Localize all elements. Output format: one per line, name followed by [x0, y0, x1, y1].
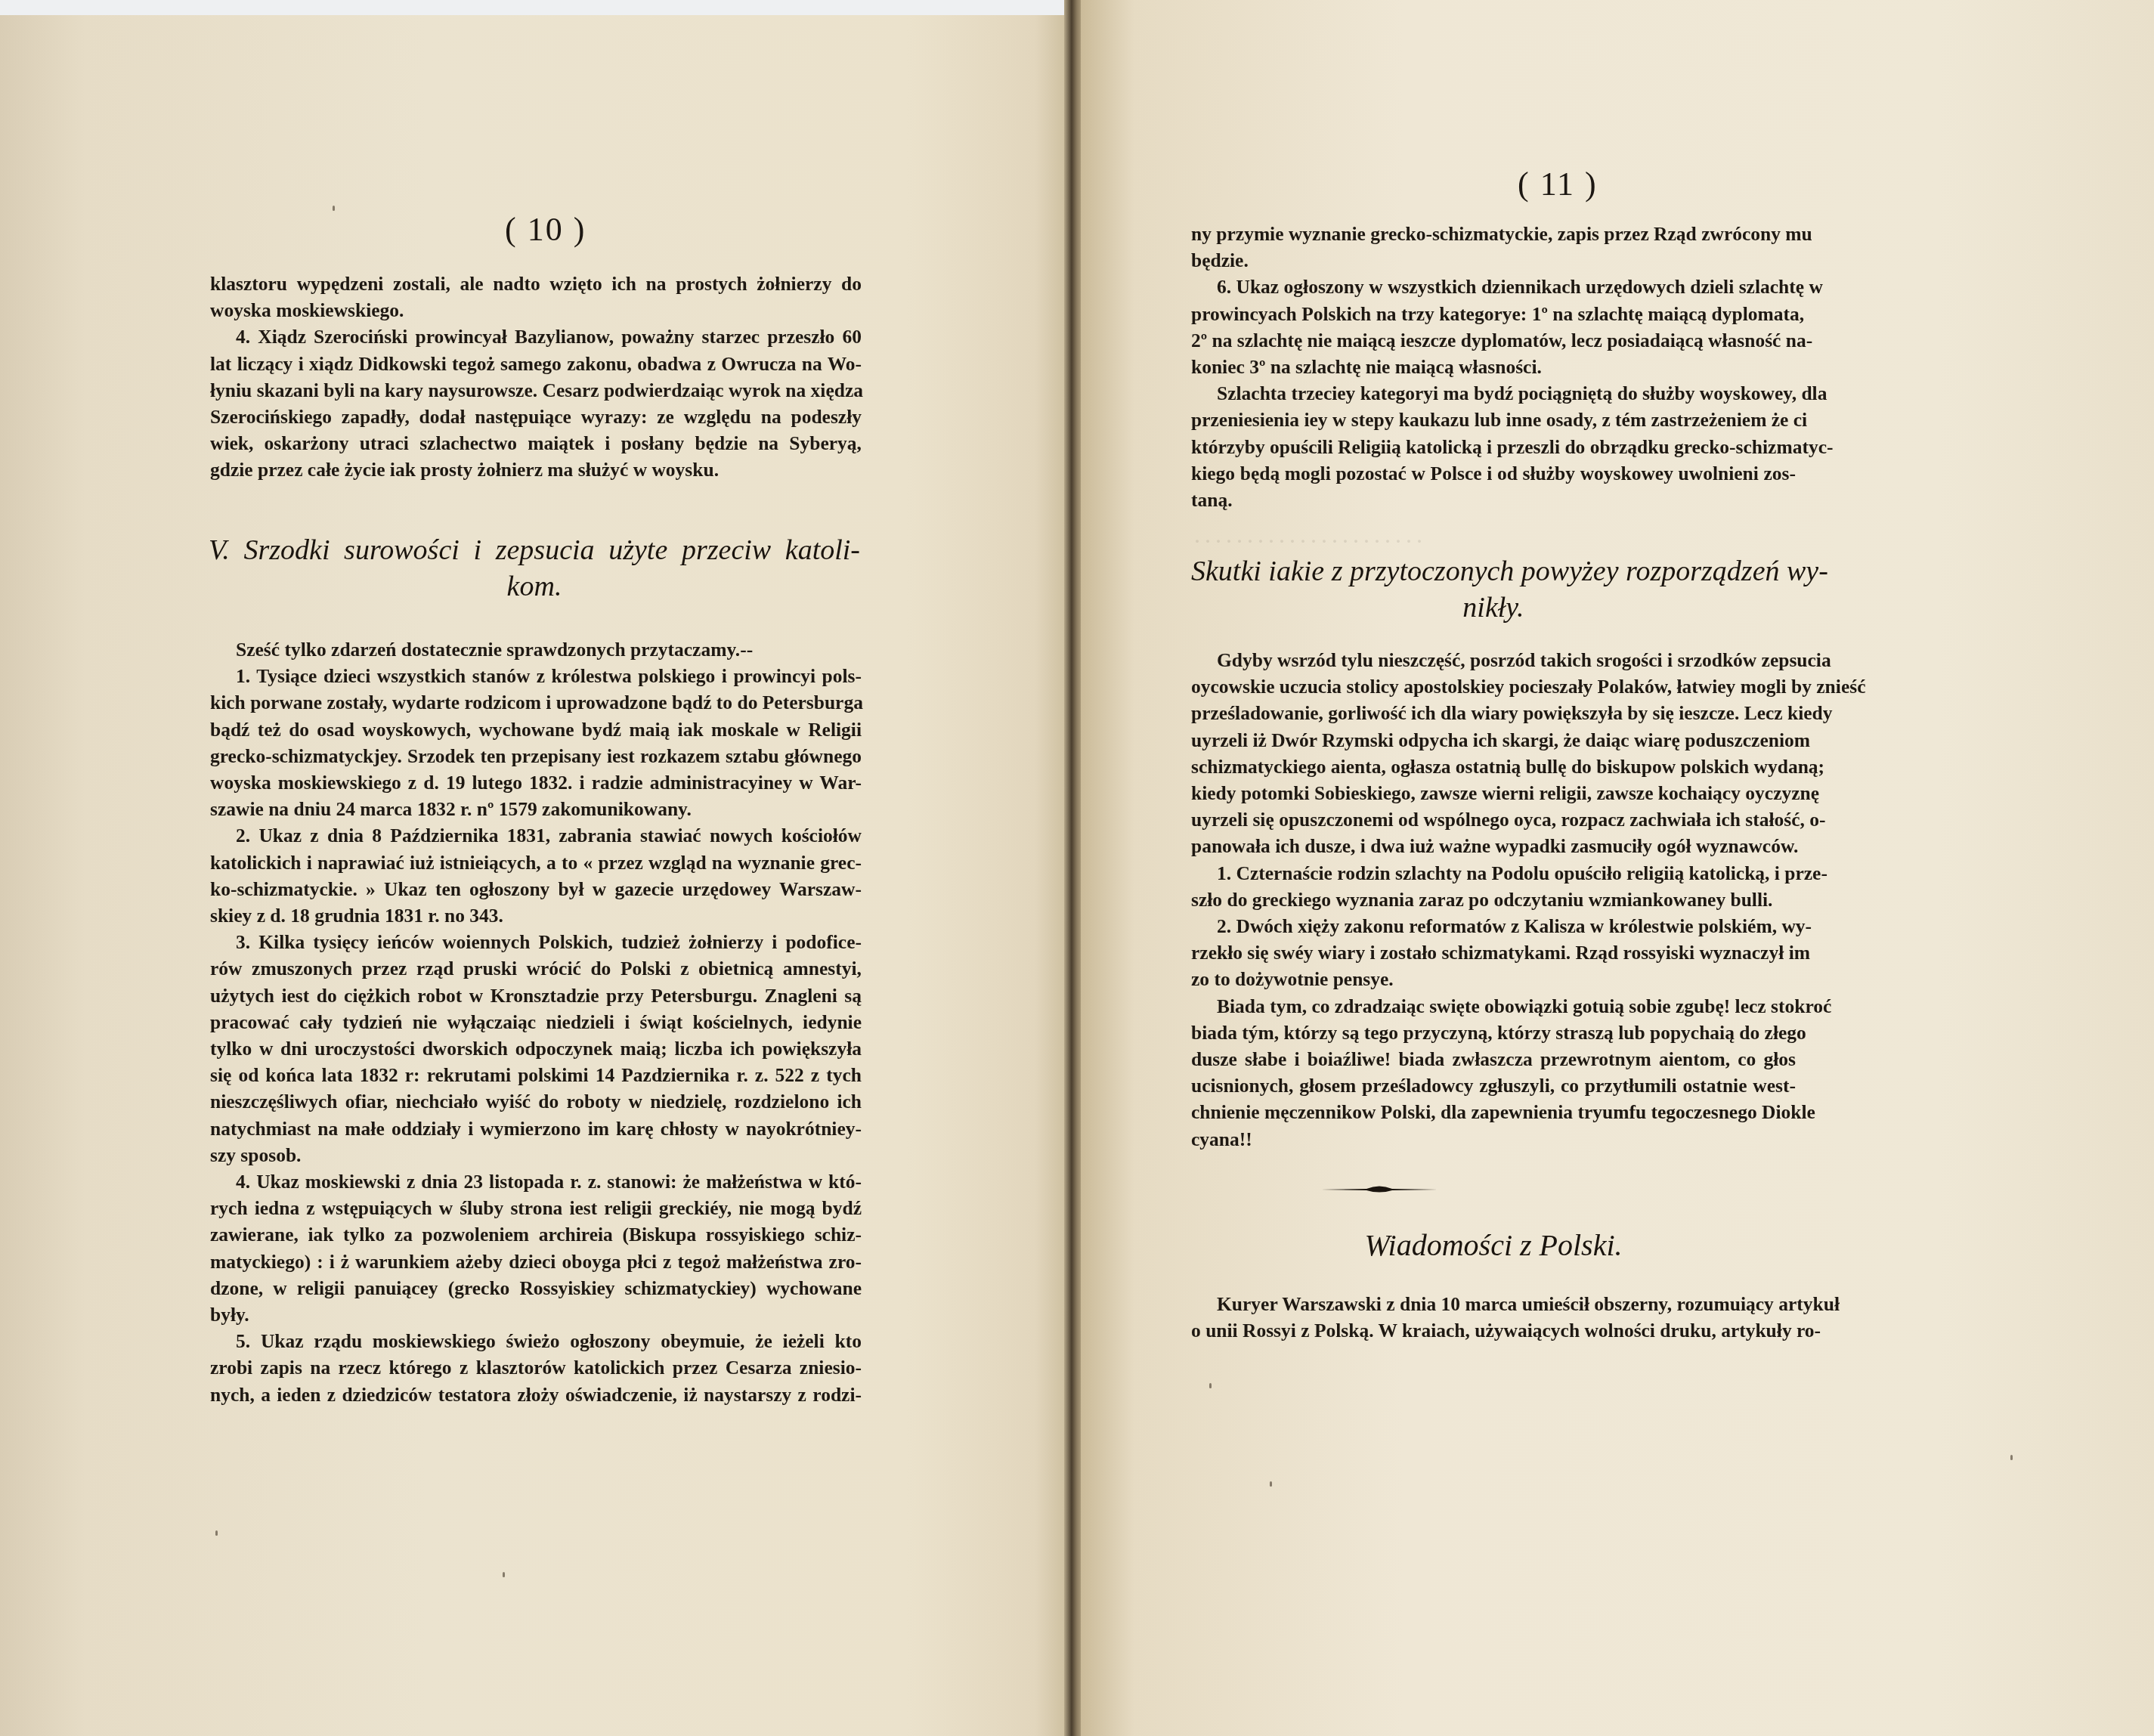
text-line: cyana!! — [1191, 1126, 1796, 1153]
text-line: będzie. — [1191, 247, 1796, 274]
book-spread: ( 10 ) klasztoru wypędzeni zostali, ale … — [0, 0, 2154, 1736]
text-line: grecko-schizmatyckjey. Srzodek ten przep… — [210, 743, 862, 769]
text-line: koniec 3º na szlachtę nie maiącą własnoś… — [1191, 354, 1796, 380]
text-line: 4. Ukaz moskiewski z dnia 23 listopada r… — [210, 1168, 862, 1195]
text-line: matyckiego) : i ż warunkiem ażeby dzieci… — [210, 1249, 862, 1275]
text-line: gdzie przez całe życie iak prosty żołnie… — [210, 456, 862, 483]
text-line: 4. Xiądz Szerociński prowincyał Bazylian… — [210, 323, 862, 350]
page-number: ( 10 ) — [505, 210, 586, 249]
text-line: Szlachta trzeciey kategoryi ma bydź poci… — [1191, 380, 1796, 407]
paper-speck — [1270, 1481, 1272, 1487]
text-line: o unii Rossyi z Polską. W kraiach, używa… — [1191, 1317, 1796, 1344]
text-line: zo to dożywotnie pensye. — [1191, 966, 1796, 992]
heading-line: nikły. — [1191, 589, 1796, 626]
text-line: którzyby opuścili Religiią katolicką i p… — [1191, 434, 1796, 460]
paper-speck — [333, 206, 335, 211]
text-line: tylko w dni uroczystości dworskich odpoc… — [210, 1035, 862, 1062]
text-line: szy sposob. — [210, 1142, 862, 1168]
text-line: lat liczący i xiądz Didkowski tegoż same… — [210, 351, 862, 377]
text-line: oycowskie uczucia stolicy apostolskiey p… — [1191, 673, 1796, 700]
text-line: panowała ich dusze, i dwa iuż ważne wypa… — [1191, 833, 1796, 859]
page-number: ( 11 ) — [1518, 165, 1598, 203]
text-line: 5. Ukaz rządu moskiewskiego świeżo ogłos… — [210, 1328, 862, 1354]
left-section-text: Sześć tylko zdarzeń dostatecznie sprawdz… — [210, 636, 862, 1408]
text-line: ko-schizmatyckie. » Ukaz ten ogłoszony b… — [210, 876, 862, 902]
text-line: kiego będą mogli pozostać w Polsce i od … — [1191, 460, 1796, 487]
text-line: kiedy potomki Sobieskiego, zawsze wierni… — [1191, 780, 1796, 806]
text-line: skiey z d. 18 grudnia 1831 r. no 343. — [210, 902, 862, 929]
text-line: Szerocińskiego zapadły, dodał następuiąc… — [210, 404, 862, 430]
left-opening-text: klasztoru wypędzeni zostali, ale nadto w… — [210, 271, 862, 484]
text-line: dusze słabe i boiaźliwe! biada zwłaszcza… — [1191, 1046, 1796, 1072]
text-line: Kuryer Warszawski z dnia 10 marca umieśc… — [1191, 1291, 1796, 1317]
text-line: Gdyby wsrzód tylu nieszczęść, posrzód ta… — [1191, 647, 1796, 673]
text-line: chnienie męczennikow Polski, dla zapewni… — [1191, 1099, 1796, 1125]
text-line: uyrzeli iż Dwór Rzymski odpycha ich skar… — [1191, 727, 1796, 754]
text-line: taną. — [1191, 487, 1796, 513]
text-line: rzekło się swéy wiary i zostało schizmat… — [1191, 939, 1796, 966]
text-line: ucisnionych, głosem prześladowcy zgłuszy… — [1191, 1072, 1796, 1099]
text-line: 2º na szlachtę nie maiącą ieszcze dyplom… — [1191, 327, 1796, 354]
text-line: bądź też do osad woyskowych, wychowane b… — [210, 716, 862, 743]
show-through-text: · · · · · · · · · · · · · · · · · · · · … — [1194, 529, 1422, 555]
right-page: ( 11 ) ny przymie wyznanie grecko-schizm… — [1081, 0, 2154, 1736]
text-line: 2. Dwóch xięży zakonu reformatów z Kalis… — [1191, 913, 1796, 939]
text-line: Biada tym, co zdradzaiąc swięte obowiązk… — [1191, 993, 1796, 1020]
news-heading: Wiadomości z Polski. — [1191, 1227, 1796, 1264]
text-line: nych, a ieden z dziedziców testatora zło… — [210, 1382, 862, 1408]
text-line: kich porwane zostały, wydarte rodzicom i… — [210, 689, 862, 716]
paper-speck — [215, 1530, 218, 1536]
text-line: Sześć tylko zdarzeń dostatecznie sprawdz… — [210, 636, 862, 663]
text-line: prowincyach Polskich na trzy kategorye: … — [1191, 301, 1796, 327]
text-line: użytych iest do ciężkich robot w Kronszt… — [210, 982, 862, 1009]
heading-line: kom. — [209, 568, 860, 605]
text-line: pracować cały tydzień nie wyłączaiąc nie… — [210, 1009, 862, 1035]
text-line: 1. Czternaście rodzin szlachty na Podolu… — [1191, 860, 1796, 887]
text-line: zrobi zapis na rzecz którego z klasztoró… — [210, 1354, 862, 1381]
section-heading-skutki: Skutki iakie z przytoczonych powyżey roz… — [1191, 553, 1796, 626]
text-line: się od końca lata 1832 r: rekrutami pols… — [210, 1062, 862, 1088]
text-line: rów zmuszonych przez rząd pruski wrócić … — [210, 955, 862, 982]
right-opening-text: ny przymie wyznanie grecko-schizmatyckie… — [1191, 221, 1796, 513]
text-line: ny przymie wyznanie grecko-schizmatyckie… — [1191, 221, 1796, 247]
text-line: katolickich i naprawiać iuż istnieiących… — [210, 849, 862, 876]
text-line: woyska moskiewskiego. — [210, 297, 862, 323]
text-line: woyska moskiewskiego z d. 19 lutego 1832… — [210, 769, 862, 796]
text-line: uyrzeli się opuszczonemi od wspólnego oy… — [1191, 806, 1796, 833]
text-line: prześladowanie, gorliwość ich dla wiary … — [1191, 700, 1796, 726]
text-line: zawierane, iak tylko za pozwoleniem arch… — [210, 1221, 862, 1248]
paper-speck — [503, 1572, 505, 1577]
text-line: nieszczęśliwych ofiar, niechciało wyiść … — [210, 1088, 862, 1115]
text-line: wiek, oskarżony utraci szlachectwo maiąt… — [210, 430, 862, 456]
paper-speck — [2010, 1455, 2013, 1460]
text-line: biada tým, którzy są tego przyczyną, któ… — [1191, 1020, 1796, 1046]
heading-line: Wiadomości z Polski. — [1191, 1227, 1796, 1264]
text-line: rych iedna z wstępuiących w śluby strona… — [210, 1195, 862, 1221]
ornamental-rule-icon — [1321, 1184, 1438, 1194]
text-line: przeniesienia iey w stepy kaukazu lub in… — [1191, 407, 1796, 433]
text-line: były. — [210, 1301, 862, 1328]
text-line: natychmiast na małe oddziały i wymierzon… — [210, 1116, 862, 1142]
text-line: dzone, w religii panuiącey (grecko Rossy… — [210, 1275, 862, 1301]
text-line: szło do greckiego wyznania zaraz po odcz… — [1191, 887, 1796, 913]
text-line: szawie na dniu 24 marca 1832 r. nº 1579 … — [210, 796, 862, 822]
text-line: 6. Ukaz ogłoszony w wszystkich dziennika… — [1191, 274, 1796, 300]
text-line: 3. Kilka tysięcy ieńców woiennych Polski… — [210, 929, 862, 955]
left-page: ( 10 ) klasztoru wypędzeni zostali, ale … — [0, 15, 1067, 1736]
text-line: schizmatyckiego aienta, ogłasza ostatnią… — [1191, 754, 1796, 780]
news-text: Kuryer Warszawski z dnia 10 marca umieśc… — [1191, 1291, 1796, 1344]
text-line: łyniu skazani byli na kary naysurowsze. … — [210, 377, 862, 404]
paper-speck — [1209, 1383, 1212, 1388]
heading-line: V. Srzodki surowości i zepsucia użyte pr… — [209, 532, 860, 568]
section-heading-v: V. Srzodki surowości i zepsucia użyte pr… — [209, 532, 860, 605]
right-section-text: Gdyby wsrzód tylu nieszczęść, posrzód ta… — [1191, 647, 1796, 1153]
text-line: 2. Ukaz z dnia 8 Października 1831, zabr… — [210, 822, 862, 849]
text-line: 1. Tysiące dzieci wszystkich stanów z kr… — [210, 663, 862, 689]
text-line: klasztoru wypędzeni zostali, ale nadto w… — [210, 271, 862, 297]
heading-line: Skutki iakie z przytoczonych powyżey roz… — [1191, 553, 1796, 589]
